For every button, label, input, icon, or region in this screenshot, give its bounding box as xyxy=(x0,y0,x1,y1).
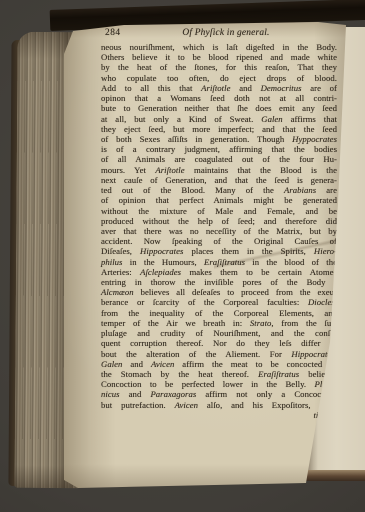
text-line: ted out of the Blood. Many of the Arabia… xyxy=(101,185,337,195)
roman-text: in the blood of the xyxy=(245,257,337,267)
italic-text: philus xyxy=(101,257,122,267)
roman-text: are of xyxy=(302,83,337,93)
roman-text: ted out of the Blood. Many of the xyxy=(101,185,284,195)
roman-text: temper of the Air we breath in: xyxy=(101,318,250,328)
roman-text: bout the alteration of the Aliement. For xyxy=(101,349,291,359)
roman-text: entring in thorow the inviſible pores of… xyxy=(101,277,337,287)
roman-text: opinon that a Womans ſeed doth not at al… xyxy=(101,93,337,103)
roman-text: Others believe it to be blood ripened an… xyxy=(101,52,337,62)
roman-text: , from the ſur- xyxy=(271,318,337,328)
text-line: nicus and Paraxagoras affirm not only a … xyxy=(101,389,337,399)
roman-text: pluſage and crudity of Nouriſhment, and … xyxy=(101,328,337,338)
italic-text: Strato xyxy=(250,318,271,328)
italic-text: Alcmæon xyxy=(101,287,134,297)
roman-text: makes them to be certain Atomes xyxy=(181,267,337,277)
text-line: neous nouriſhment, which is laſt digeſte… xyxy=(101,42,337,52)
text-line: entring in thorow the inviſible pores of… xyxy=(101,277,337,287)
italic-text: Hippocrates xyxy=(140,246,183,256)
italic-text: Hyppocrates xyxy=(292,134,337,144)
text-line: Diſeaſes, Hippocrates places them in the… xyxy=(101,246,337,256)
italic-text: Aſclepiades xyxy=(140,267,181,277)
roman-text: mours. Yet xyxy=(101,165,155,175)
roman-text: believes all deſeaſes to proceed from th… xyxy=(134,287,337,297)
roman-text: next cauſe of Generation, and that the ſ… xyxy=(101,175,337,185)
text-line: they eject ſeed, but more imperfect; and… xyxy=(101,124,337,134)
text-line: without the mixture of Male and Female, … xyxy=(101,206,337,216)
text-line: berance or ſcarcity of the Corporeal fac… xyxy=(101,297,337,307)
text-line: Arteries: Aſclepiades makes them to be c… xyxy=(101,267,337,277)
roman-text: alſo, and his Expoſitors, xyxy=(198,400,319,410)
roman-text: aver that there was no neceſſity of the … xyxy=(101,226,337,236)
text-body: neous nouriſhment, which is laſt digeſte… xyxy=(101,42,337,410)
italic-text: Galen xyxy=(101,359,122,369)
text-line: opinon that a Womans ſeed doth not at al… xyxy=(101,93,337,103)
roman-text: and xyxy=(120,389,151,399)
page-content: 284 Of Phyſick in general. neous nouriſh… xyxy=(101,27,337,420)
roman-text: affirms that xyxy=(283,114,337,124)
roman-text: neous nouriſhment, which is laſt digeſte… xyxy=(101,42,337,52)
roman-text: from the inequality of the Corporeal Ele… xyxy=(101,308,337,318)
text-line: next cauſe of Generation, and that the ſ… xyxy=(101,175,337,185)
text-line: of opinion that perfect Animals might be… xyxy=(101,195,337,205)
text-line: by the heat of the ſtones, for this reaſ… xyxy=(101,62,337,72)
photo-backdrop: 284 Of Phyſick in general. neous nouriſh… xyxy=(0,0,365,512)
text-line: philus in the Humours, Eraſiſtratus in t… xyxy=(101,257,337,267)
text-line: produced without the help of ſeed; and t… xyxy=(101,216,337,226)
italic-text: Galen xyxy=(261,114,282,124)
page-number: 284 xyxy=(105,27,121,40)
roman-text: are xyxy=(316,185,337,195)
page-header: 284 Of Phyſick in general. xyxy=(101,27,337,40)
roman-text: by the heat of the ſtones, for this reaſ… xyxy=(101,62,337,72)
roman-text: of both Sexes aſſiſts in generation. Tho… xyxy=(101,134,292,144)
text-line: bute to Generation neither that ſhe does… xyxy=(101,103,337,113)
roman-text: and xyxy=(231,83,261,93)
text-line: Concoction to be perfected lower in the … xyxy=(101,379,337,389)
roman-text: but putrefaction. xyxy=(101,400,175,410)
italic-text: Ariſtotle xyxy=(201,83,230,93)
roman-text: affirm not only a Concoction, xyxy=(196,389,337,399)
text-line: mours. Yet Ariſtotle maintains that the … xyxy=(101,165,337,175)
text-line: who copulate too often, do eject drops o… xyxy=(101,73,337,83)
roman-text: berance or ſcarcity of the Corporeal fac… xyxy=(101,297,308,307)
text-line: accident. Now ſpeaking of the Original C… xyxy=(101,236,337,246)
roman-text: accident. Now ſpeaking of the Original C… xyxy=(101,236,337,246)
roman-text: of all Animals are coagulated out of the… xyxy=(101,154,337,164)
roman-text: at all, but only a Kind of Sweat. xyxy=(101,114,261,124)
text-line: but putrefaction. Avicen alſo, and his E… xyxy=(101,400,337,410)
roman-text: quent corruption thereof. Nor do they le… xyxy=(101,338,337,348)
catchword-row: tiles xyxy=(101,410,337,420)
text-line: is of a contrary judgment, affirming tha… xyxy=(101,144,337,154)
text-line: of all Animals are coagulated out of the… xyxy=(101,154,337,164)
text-line: at all, but only a Kind of Sweat. Galen … xyxy=(101,114,337,124)
roman-text: Concoction to be perfected lower in the … xyxy=(101,379,315,389)
roman-text: Arteries: xyxy=(101,267,140,277)
roman-text: bute to Generation neither that ſhe does… xyxy=(101,103,337,113)
text-line: from the inequality of the Corporeal Ele… xyxy=(101,308,337,318)
italic-text: Paraxagoras xyxy=(150,389,196,399)
italic-text: Avicen xyxy=(151,359,174,369)
text-line: Add to all this that Ariſtotle and Democ… xyxy=(101,83,337,93)
italic-text: Arabians xyxy=(284,185,316,195)
text-line: Alcmæon believes all deſeaſes to proceed… xyxy=(101,287,337,297)
roman-text: of opinion that perfect Animals might be… xyxy=(101,195,337,205)
text-line: of both Sexes aſſiſts in generation. Tho… xyxy=(101,134,337,144)
roman-text: and xyxy=(122,359,151,369)
roman-text: produced without the help of ſeed; and t… xyxy=(101,216,337,226)
text-line: bout the alteration of the Aliement. For… xyxy=(101,349,337,359)
running-title: Of Phyſick in general. xyxy=(101,27,337,40)
italic-text: Democritus xyxy=(261,83,302,93)
text-line: pluſage and crudity of Nouriſhment, and … xyxy=(101,328,337,338)
italic-text: Eraſiſtratus xyxy=(204,257,245,267)
text-line: Galen and Avicen affirm the meat to be c… xyxy=(101,359,337,369)
italic-text: Eraſiſtratus xyxy=(258,369,299,379)
italic-text: nicus xyxy=(101,389,120,399)
roman-text: without the mixture of Male and Female, … xyxy=(101,206,337,216)
roman-text: Diſeaſes, xyxy=(101,246,140,256)
text-line: aver that there was no neceſſity of the … xyxy=(101,226,337,236)
roman-text: who copulate too often, do eject drops o… xyxy=(101,73,337,83)
book-page: 284 Of Phyſick in general. neous nouriſh… xyxy=(64,22,348,490)
roman-text: Add to all this that xyxy=(101,83,201,93)
roman-text: is of a contrary judgment, affirming tha… xyxy=(101,144,337,154)
facing-page-bottom-edge xyxy=(302,470,365,481)
italic-text: Ariſtotle xyxy=(155,165,184,175)
roman-text: affirm the meat to be concocted in xyxy=(174,359,337,369)
roman-text: the Stomach by the heat thereof. xyxy=(101,369,258,379)
text-line: quent corruption thereof. Nor do they le… xyxy=(101,338,337,348)
text-line: Others believe it to be blood ripened an… xyxy=(101,52,337,62)
italic-text: Hiero- xyxy=(314,246,337,256)
italic-text: Avicen xyxy=(175,400,198,410)
roman-text: places them in the Spirits, xyxy=(183,246,313,256)
roman-text: in the Humours, xyxy=(122,257,204,267)
roman-text: maintains that the Blood is the xyxy=(185,165,337,175)
text-line: the Stomach by the heat thereof. Eraſiſt… xyxy=(101,369,337,379)
text-line: temper of the Air we breath in: Strato, … xyxy=(101,318,337,328)
roman-text: they eject ſeed, but more imperfect; and… xyxy=(101,124,337,134)
